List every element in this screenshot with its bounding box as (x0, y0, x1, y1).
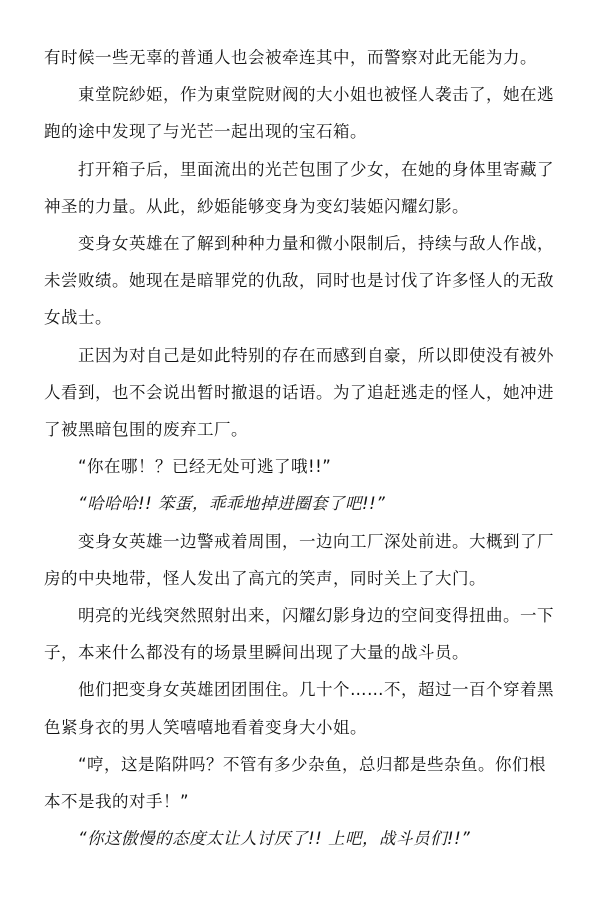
text-line: “你这傲慢的态度太让人讨厌了!! 上吧，战斗员们!!” (44, 820, 544, 857)
dialogue-heroine-1: “你在哪！？已经无处可逃了哦!!” (44, 448, 544, 485)
text-line: 打开箱子后，里面流出的光芒包围了少女，在她的身体里寄藏了 (44, 151, 544, 188)
dialogue-villain-1: “哈哈哈!! 笨蛋，乖乖地掉进圈套了吧!!” (44, 485, 544, 522)
paragraph-8: 变身女英雄一边警戒着周围，一边向工厂深处前进。大概到了厂 房的中央地带，怪人发出… (44, 523, 544, 597)
text-line: 有时候一些无辜的普通人也会被牵连其中，而警察对此无能为力。 (44, 39, 544, 76)
document-page: 有时候一些无辜的普通人也会被牵连其中，而警察对此无能为力。 東堂院紗姫，作为東堂… (44, 39, 544, 857)
text-line: 人看到，也不会说出暂时撤退的话语。为了追赶逃走的怪人，她冲进 (44, 374, 544, 411)
text-line: 女战士。 (44, 299, 544, 336)
text-line: 東堂院紗姫，作为東堂院财阀的大小姐也被怪人袭击了，她在逃 (44, 76, 544, 113)
paragraph-5: 正因为对自己是如此特别的存在而感到自豪，所以即使没有被外 人看到，也不会说出暂时… (44, 337, 544, 449)
paragraph-9: 明亮的光线突然照射出来，闪耀幻影身边的空间变得扭曲。一下 子，本来什么都没有的场… (44, 597, 544, 671)
text-line: 子，本来什么都没有的场景里瞬间出现了大量的战斗员。 (44, 634, 544, 671)
dialogue-heroine-2: “哼，这是陷阱吗？不管有多少杂鱼，总归都是些杂鱼。你们根 本不是我的对手！” (44, 746, 544, 820)
paragraph-3: 打开箱子后，里面流出的光芒包围了少女，在她的身体里寄藏了 神圣的力量。从此，紗姫… (44, 151, 544, 225)
text-line: 未尝败绩。她现在是暗罪党的仇敌，同时也是讨伐了许多怪人的无敌 (44, 262, 544, 299)
paragraph-2: 東堂院紗姫，作为東堂院财阀的大小姐也被怪人袭击了，她在逃 跑的途中发现了与光芒一… (44, 76, 544, 150)
text-line: 变身女英雄一边警戒着周围，一边向工厂深处前进。大概到了厂 (44, 523, 544, 560)
paragraph-4: 变身女英雄在了解到种种力量和微小限制后，持续与敌人作战， 未尝败绩。她现在是暗罪… (44, 225, 544, 337)
dialogue-villain-2: “你这傲慢的态度太让人讨厌了!! 上吧，战斗员们!!” (44, 820, 544, 857)
text-line: 房的中央地带，怪人发出了高亢的笑声，同时关上了大门。 (44, 560, 544, 597)
text-line: 跑的途中发现了与光芒一起出现的宝石箱。 (44, 113, 544, 150)
text-line: “哼，这是陷阱吗？不管有多少杂鱼，总归都是些杂鱼。你们根 (44, 746, 544, 783)
paragraph-1: 有时候一些无辜的普通人也会被牵连其中，而警察对此无能为力。 (44, 39, 544, 76)
text-line: 正因为对自己是如此特别的存在而感到自豪，所以即使没有被外 (44, 337, 544, 374)
paragraph-10: 他们把变身女英雄团团围住。几十个……不，超过一百个穿着黑 色紧身衣的男人笑嘻嘻地… (44, 671, 544, 745)
text-line: 了被黑暗包围的废弃工厂。 (44, 411, 544, 448)
text-line: “哈哈哈!! 笨蛋，乖乖地掉进圈套了吧!!” (44, 485, 544, 522)
text-line: 变身女英雄在了解到种种力量和微小限制后，持续与敌人作战， (44, 225, 544, 262)
text-line: 色紧身衣的男人笑嘻嘻地看着变身大小姐。 (44, 709, 544, 746)
text-line: 明亮的光线突然照射出来，闪耀幻影身边的空间变得扭曲。一下 (44, 597, 544, 634)
text-line: 他们把变身女英雄团团围住。几十个……不，超过一百个穿着黑 (44, 671, 544, 708)
text-line: 神圣的力量。从此，紗姫能够变身为变幻装姫闪耀幻影。 (44, 188, 544, 225)
text-line: “你在哪！？已经无处可逃了哦!!” (44, 448, 544, 485)
text-line: 本不是我的对手！” (44, 783, 544, 820)
